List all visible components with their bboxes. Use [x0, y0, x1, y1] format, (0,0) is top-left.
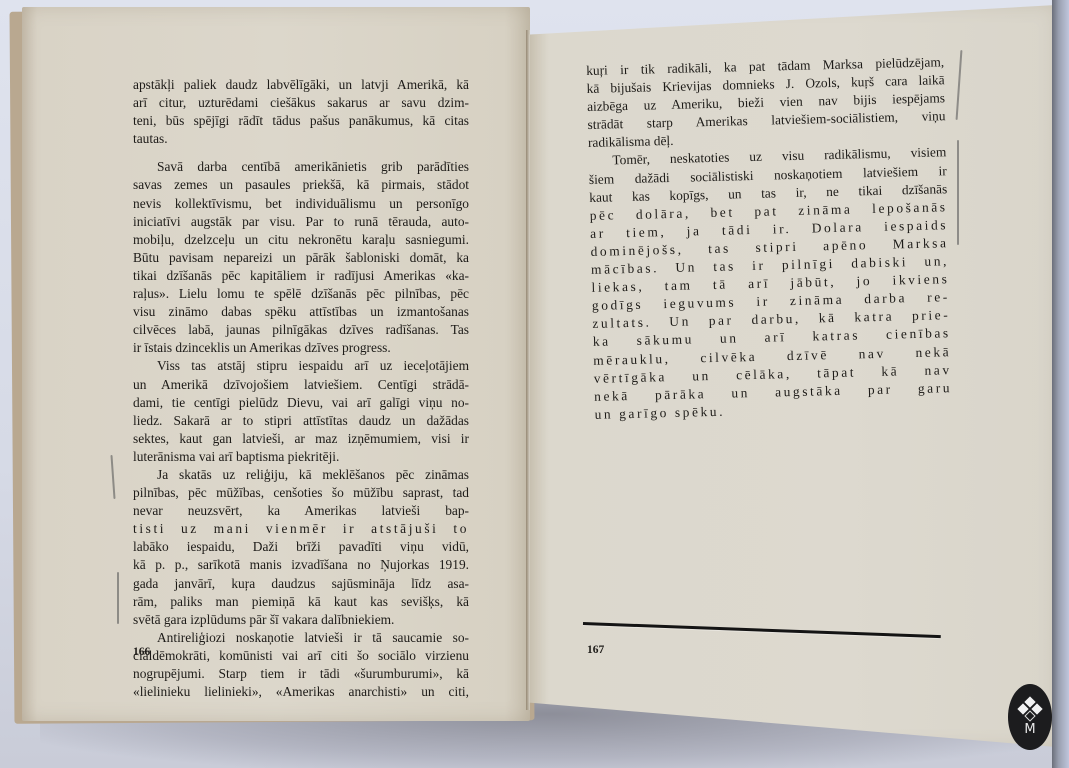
text-line: arī citur, uzturēdami ciešākus sakarus a… — [133, 94, 469, 112]
text-line: ciāldēmokrāti, komūnisti vai arī citi šo… — [133, 647, 469, 665]
text-line: svētā gara izplūdums pār šī vakara dalīb… — [133, 611, 469, 629]
text-line: tikai dzīšanās pēc kapitāliem ir radījus… — [133, 267, 469, 285]
text-line: dami, tie centīgi pielūdz Dievu, vai arī… — [133, 394, 469, 412]
text-line: cilvēces labā, jaunas pilnīgākas dzīves … — [133, 321, 469, 339]
right-page-text: kuŗi ir tik radikāli, ka pat tādam Marks… — [586, 53, 953, 424]
text-line: apstākļi paliek daudz labvēlīgāki, un la… — [133, 76, 469, 94]
left-page-text: apstākļi paliek daudz labvēlīgāki, un la… — [133, 76, 469, 701]
text-line: liedz. Sakarā ar to stipri attīstītas da… — [133, 412, 469, 430]
text-line: raļus». Lielu lomu te spēlē dzīšanās pēc… — [133, 285, 469, 303]
book-cover-edge — [1052, 0, 1069, 768]
text-line: visu zināmo dabas spēku attīstības un iz… — [133, 303, 469, 321]
text-line: Antireliģiozi noskaņotie latvieši ir tā … — [133, 629, 469, 647]
text-line: «lielinieku lielinieki», «Amerikas anarc… — [133, 683, 469, 701]
text-line: iniciatīvi augstāk par visu. Par to runā… — [133, 213, 469, 231]
photo-scene: apstākļi paliek daudz labvēlīgāki, un la… — [0, 0, 1069, 768]
text-line: tautas. — [133, 130, 469, 148]
text-line: Viss tas atstāj stipru iespaidu arī uz i… — [133, 357, 469, 375]
pencil-mark — [957, 140, 959, 245]
flower-icon — [1019, 698, 1041, 720]
watermark-logo: M — [1008, 684, 1052, 750]
text-line: Būtu pavisam nepareizi un pārāk šablonis… — [133, 249, 469, 267]
text-line: sektes, kaut gan latvieši, ar maz izņēmu… — [133, 430, 469, 448]
text-line: mobiļu, dzelzceļu un citu nekronētu kara… — [133, 231, 469, 249]
book-gutter — [526, 30, 530, 710]
text-line: Ja skatās uz reliģiju, kā meklēšanos pēc… — [133, 466, 469, 484]
text-line: nevar neuzsvērt, ka Amerikas latvieši ba… — [133, 502, 469, 520]
text-line: rām, paliks man piemiņā kā kaut kas sevi… — [133, 593, 469, 611]
text-line-spaced: tisti uz mani vienmēr ir atstājuši to — [133, 520, 469, 538]
pencil-mark — [117, 572, 119, 624]
text-line: ir īstais dzinceklis un Amerikas dzīves … — [133, 339, 469, 357]
text-line: kā p. p., sarīkotā manis izvadīšana no Ņ… — [133, 556, 469, 574]
text-line: labāko iespaidu, Daži brīži pavadīti viņ… — [133, 538, 469, 556]
text-line: un Amerikā dzīvojošiem latviešiem. Centī… — [133, 376, 469, 394]
text-line: Savā darba centībā amerikānietis grib pa… — [133, 158, 469, 176]
text-line: gada janvārī, kuŗa daudzus sajūsmināja l… — [133, 575, 469, 593]
text-line: nevis kollektīvismu, bet individuālismu … — [133, 195, 469, 213]
monogram-letter: M — [1024, 724, 1035, 736]
page-number-left: 166 — [133, 646, 150, 658]
text-line: luterānisma vai arī baptisma piekritēji. — [133, 448, 469, 466]
page-number-right: 167 — [587, 644, 604, 656]
text-line: nogrupējumi. Starp tiem ir tādi «šurumbu… — [133, 665, 469, 683]
text-line: savas zemes un pasaules priekšā, kā pirm… — [133, 176, 469, 194]
text-line: pilnības, pēc mūžības, cenšoties šo mūžī… — [133, 484, 469, 502]
text-line: teni, būs spējīgi rādīt tādus pašus panā… — [133, 112, 469, 130]
